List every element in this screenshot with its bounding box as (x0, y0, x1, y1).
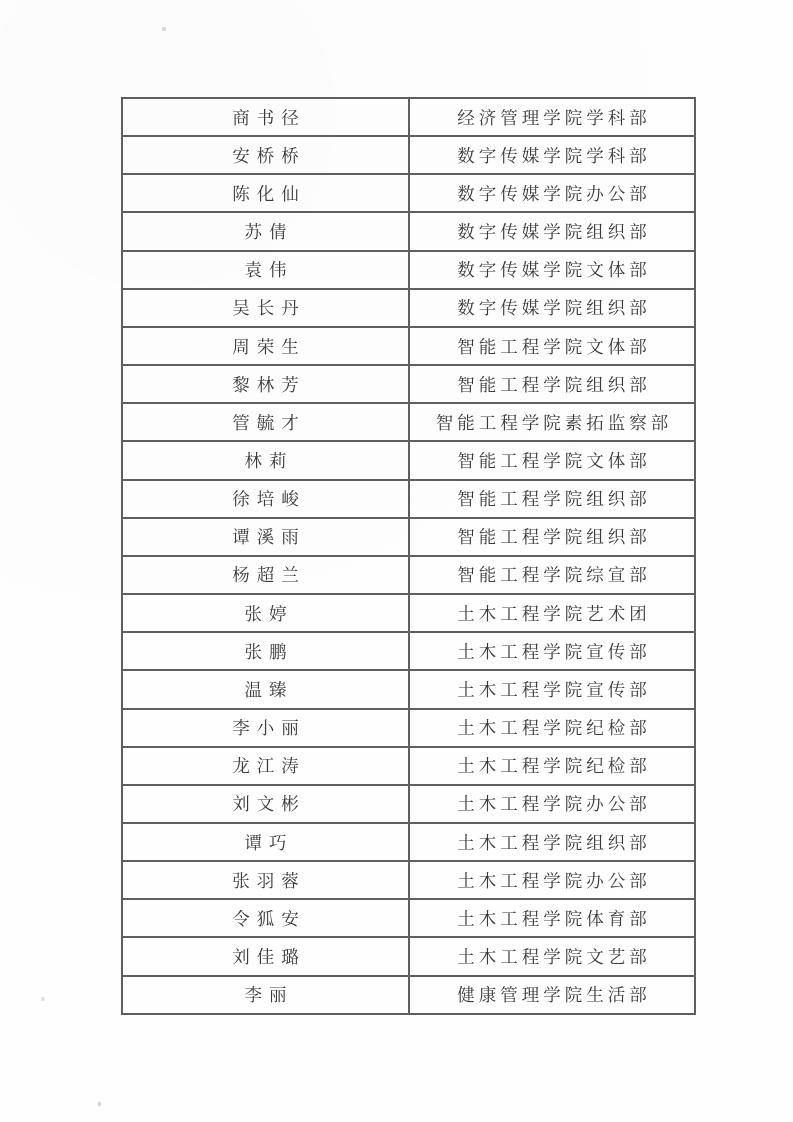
department-cell: 土木工程学院体育部 (409, 899, 695, 937)
table-row: 管毓才智能工程学院素拓监察部 (122, 403, 695, 441)
name-cell: 苏倩 (122, 212, 409, 250)
department-cell: 智能工程学院组织部 (409, 480, 695, 518)
scan-speck (98, 1102, 101, 1106)
department-cell: 智能工程学院综宣部 (409, 556, 695, 594)
department-cell: 智能工程学院素拓监察部 (409, 403, 695, 441)
roster-table-body: 商书径经济管理学院学科部安桥桥数字传媒学院学科部陈化仙数字传媒学院办公部苏倩数字… (122, 98, 695, 1014)
department-cell: 土木工程学院办公部 (409, 861, 695, 899)
table-row: 吴长丹数字传媒学院组织部 (122, 289, 695, 327)
name-cell: 李丽 (122, 976, 409, 1014)
table-row: 林莉智能工程学院文体部 (122, 441, 695, 479)
name-cell: 商书径 (122, 98, 409, 136)
roster-table: 商书径经济管理学院学科部安桥桥数字传媒学院学科部陈化仙数字传媒学院办公部苏倩数字… (121, 97, 696, 1015)
department-cell: 智能工程学院组织部 (409, 518, 695, 556)
department-cell: 土木工程学院文艺部 (409, 937, 695, 975)
table-row: 温臻土木工程学院宣传部 (122, 670, 695, 708)
department-cell: 土木工程学院纪检部 (409, 709, 695, 747)
department-cell: 智能工程学院文体部 (409, 327, 695, 365)
name-cell: 刘佳璐 (122, 937, 409, 975)
name-cell: 袁伟 (122, 251, 409, 289)
name-cell: 张婷 (122, 594, 409, 632)
scanned-page: 商书径经济管理学院学科部安桥桥数字传媒学院学科部陈化仙数字传媒学院办公部苏倩数字… (0, 0, 793, 1122)
table-row: 苏倩数字传媒学院组织部 (122, 212, 695, 250)
table-row: 张婷土木工程学院艺术团 (122, 594, 695, 632)
scan-speck (41, 997, 45, 1001)
name-cell: 周荣生 (122, 327, 409, 365)
department-cell: 经济管理学院学科部 (409, 98, 695, 136)
table-row: 谭溪雨智能工程学院组织部 (122, 518, 695, 556)
table-row: 刘文彬土木工程学院办公部 (122, 785, 695, 823)
table-row: 刘佳璐土木工程学院文艺部 (122, 937, 695, 975)
department-cell: 数字传媒学院组织部 (409, 212, 695, 250)
name-cell: 安桥桥 (122, 136, 409, 174)
table-row: 周荣生智能工程学院文体部 (122, 327, 695, 365)
department-cell: 智能工程学院组织部 (409, 365, 695, 403)
department-cell: 数字传媒学院学科部 (409, 136, 695, 174)
name-cell: 管毓才 (122, 403, 409, 441)
department-cell: 土木工程学院宣传部 (409, 632, 695, 670)
name-cell: 黎林芳 (122, 365, 409, 403)
table-row: 张羽蓉土木工程学院办公部 (122, 861, 695, 899)
table-row: 谭巧土木工程学院组织部 (122, 823, 695, 861)
scan-speck (162, 27, 166, 31)
name-cell: 李小丽 (122, 709, 409, 747)
department-cell: 土木工程学院办公部 (409, 785, 695, 823)
name-cell: 张鹏 (122, 632, 409, 670)
table-row: 徐培峻智能工程学院组织部 (122, 480, 695, 518)
name-cell: 谭溪雨 (122, 518, 409, 556)
name-cell: 龙江涛 (122, 747, 409, 785)
department-cell: 土木工程学院宣传部 (409, 670, 695, 708)
department-cell: 土木工程学院纪检部 (409, 747, 695, 785)
table-row: 杨超兰智能工程学院综宣部 (122, 556, 695, 594)
name-cell: 吴长丹 (122, 289, 409, 327)
department-cell: 数字传媒学院办公部 (409, 174, 695, 212)
table-row: 令狐安土木工程学院体育部 (122, 899, 695, 937)
name-cell: 谭巧 (122, 823, 409, 861)
department-cell: 土木工程学院艺术团 (409, 594, 695, 632)
table-row: 黎林芳智能工程学院组织部 (122, 365, 695, 403)
department-cell: 土木工程学院组织部 (409, 823, 695, 861)
name-cell: 陈化仙 (122, 174, 409, 212)
name-cell: 刘文彬 (122, 785, 409, 823)
table-row: 张鹏土木工程学院宣传部 (122, 632, 695, 670)
name-cell: 杨超兰 (122, 556, 409, 594)
table-row: 李小丽土木工程学院纪检部 (122, 709, 695, 747)
name-cell: 令狐安 (122, 899, 409, 937)
table-row: 袁伟数字传媒学院文体部 (122, 251, 695, 289)
department-cell: 智能工程学院文体部 (409, 441, 695, 479)
name-cell: 林莉 (122, 441, 409, 479)
table-row: 陈化仙数字传媒学院办公部 (122, 174, 695, 212)
department-cell: 数字传媒学院文体部 (409, 251, 695, 289)
department-cell: 数字传媒学院组织部 (409, 289, 695, 327)
department-cell: 健康管理学院生活部 (409, 976, 695, 1014)
name-cell: 徐培峻 (122, 480, 409, 518)
table-row: 安桥桥数字传媒学院学科部 (122, 136, 695, 174)
table-row: 李丽健康管理学院生活部 (122, 976, 695, 1014)
name-cell: 温臻 (122, 670, 409, 708)
name-cell: 张羽蓉 (122, 861, 409, 899)
table-row: 龙江涛土木工程学院纪检部 (122, 747, 695, 785)
table-row: 商书径经济管理学院学科部 (122, 98, 695, 136)
